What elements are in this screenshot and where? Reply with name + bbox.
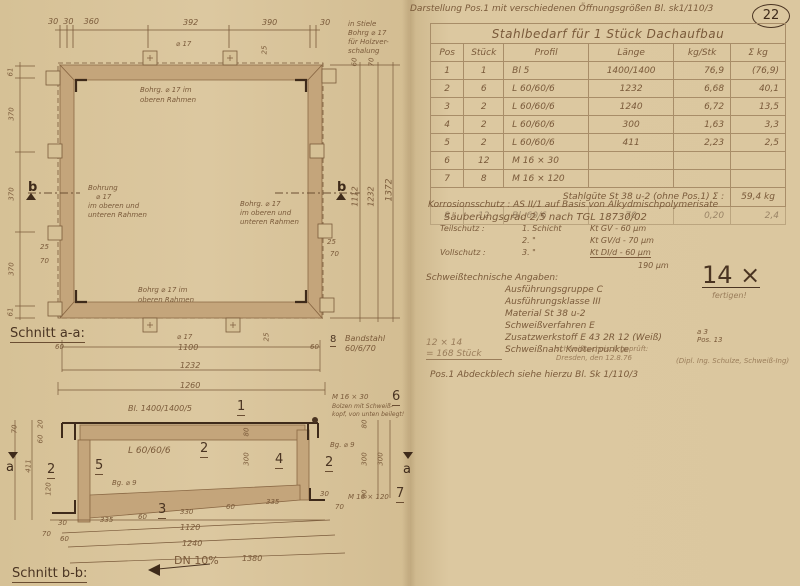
welding-title: Schweißtechnische Angaben: [426, 273, 558, 283]
pos-label-2-right: 2 [325, 455, 333, 472]
cell-count: 2 [464, 98, 504, 116]
sec-dim-30-left: 30 [58, 519, 67, 527]
cell-count: 2 [464, 134, 504, 152]
cell-kg: 6,72 [674, 98, 731, 116]
cell-total: 2,4 [731, 207, 786, 225]
cell-total [731, 170, 786, 188]
cell-pos: 1 [431, 62, 464, 80]
sec-overall-70: 70 [42, 530, 51, 538]
section-marker-b-right: b [337, 180, 346, 195]
sec-left-dim-20: 20 [36, 420, 44, 429]
layer-2-spec: Kt GV/d - 70 µm [590, 236, 654, 245]
table-row: 3 2 L 60/60/6 1240 6,72 13,5 [431, 98, 786, 116]
slope-label: DN 10% [174, 554, 219, 567]
cell-pos: 5 [431, 134, 464, 152]
plate-label: Bl. 1400/1400/5 [128, 404, 192, 413]
layer-2-label: 2. " [522, 236, 536, 245]
cell-count: 6 [464, 80, 504, 98]
corner-note: in Stiele Bohrg ⌀ 17 für Holzver- schalu… [348, 20, 389, 56]
quantity-note: fertigen! [712, 291, 747, 300]
right-dim-70: 70 [367, 58, 375, 67]
col-length: Länge [589, 44, 674, 62]
plan-top-hole-offset: 25 [260, 46, 268, 55]
right-vdim-1372: 1372 [384, 179, 394, 202]
header-note: Darstellung Pos.1 mit verschiedenen Öffn… [410, 4, 713, 14]
cell-profile: L 60/60/6 [504, 134, 589, 152]
cell-pos: 4 [431, 116, 464, 134]
cell-kg [674, 152, 731, 170]
section-view-title: Schnitt b-b: [12, 566, 87, 583]
plan-top-dims: 30 30 360 [48, 17, 99, 26]
cell-kg: 6,68 [674, 80, 731, 98]
small-dim-70: 70 [40, 257, 49, 265]
right-vdim-1232: 1232 [367, 186, 376, 206]
bottom-hole-offset: 25 [262, 333, 270, 342]
col-count: Stück [464, 44, 504, 62]
approval-note: schweißtechnisch geprüft: Dresden, den 1… [556, 345, 648, 363]
table-row: 6 12 M 16 × 30 [431, 152, 786, 170]
sec-mid-dim-80: 80 [242, 428, 250, 437]
cell-length: 411 [589, 134, 674, 152]
col-total-kg: Σ kg [731, 44, 786, 62]
cell-profile: Bl 5 [504, 62, 589, 80]
layer-3-label: 3. " [522, 248, 536, 257]
bottom-hole-label: ⌀ 17 [177, 333, 192, 341]
corrosion-line-2: Säuberungsgrad 2,5 nach TGL 18730/02 [444, 212, 647, 223]
cell-count: 1 [464, 62, 504, 80]
sec-dim-335-right: 335 [266, 498, 279, 506]
quantity-calc-2: = 168 Stück [426, 349, 502, 360]
cell-length: 1232 [589, 80, 674, 98]
sec-left-dim-60: 60 [36, 435, 44, 444]
corrosion-total: 190 µm [638, 261, 669, 270]
section-marker-b-left: b [28, 180, 37, 195]
cell-total: 2,5 [731, 134, 786, 152]
bolt-top-note: Bolzen mit Schweiß- kopf, von unten beil… [332, 403, 404, 419]
hole-note-right: Bg. ⌀ 9 [330, 441, 355, 449]
note-bottom-inner: Bohrg ⌀ 17 im oberen Rahmen [138, 285, 194, 305]
pos-label-3: 3 [158, 502, 166, 519]
sec-dim-335-left: 335 [100, 516, 113, 524]
table-caption: Stahlbedarf für 1 Stück Dachaufbau [431, 24, 786, 44]
layer-3-spec: Kt DI/d - 60 µm [590, 248, 651, 258]
small-dim-25-right: 25 [327, 238, 336, 246]
section-marker-a-left: a [6, 460, 14, 475]
table-header-row: Pos Stück Profil Länge kg/Stk Σ kg [431, 44, 786, 62]
left-dim-61-bottom: 61 [6, 308, 14, 317]
left-dim-370-c: 370 [8, 262, 16, 275]
cell-total: 3,3 [731, 116, 786, 134]
full-protection-label: Vollschutz : [440, 248, 486, 257]
bottom-dim-60-right: 60 [310, 343, 319, 351]
sec-dim-60-a: 60 [138, 513, 147, 521]
plan-view-title: Schnitt a-a: [10, 326, 85, 343]
bolt-top-label: M 16 × 30 [332, 393, 368, 401]
overall-dim-1232: 1232 [180, 361, 200, 370]
steel-requirements-table: Stahlbedarf für 1 Stück Dachaufbau Pos S… [430, 23, 786, 225]
sec-dim-60-b: 60 [226, 503, 235, 511]
small-dim-70-right: 70 [330, 250, 339, 258]
cell-count: 8 [464, 170, 504, 188]
left-dim-370-a: 370 [8, 107, 16, 120]
cell-length [589, 170, 674, 188]
cell-kg: 1,63 [674, 116, 731, 134]
hole-note-left: Bg. ⌀ 9 [112, 479, 137, 487]
cell-profile: L 60/60/6 [504, 98, 589, 116]
footer-note: Pos.1 Abdeckblech siehe hierzu Bl. Sk 1/… [430, 370, 638, 380]
cell-total: 40,1 [731, 80, 786, 98]
plan-top-dim-392: 392 [183, 18, 198, 27]
sec-overall-1120: 1120 [180, 523, 200, 532]
cell-profile: L 60/60/6 [504, 80, 589, 98]
plan-top-dim-390: 390 [262, 18, 277, 27]
table-row: 2 6 L 60/60/6 1232 6,68 40,1 [431, 80, 786, 98]
cell-profile: M 16 × 30 [504, 152, 589, 170]
cell-length: 1400/1400 [589, 62, 674, 80]
quantity-count: 14 × [702, 263, 760, 288]
sec-dim-330: 330 [180, 508, 193, 516]
sec-right-dim-300: 300 [361, 452, 369, 465]
sec-right-dim-80-bottom: 80 [360, 490, 368, 499]
cell-count: 2 [464, 116, 504, 134]
left-dim-370-b: 370 [8, 187, 16, 200]
angle-label: L 60/60/6 [128, 446, 171, 456]
cell-total: 13,5 [731, 98, 786, 116]
cell-total: (76,9) [731, 62, 786, 80]
right-vdim-1112: 1112 [351, 186, 360, 206]
left-dim-61-top: 61 [6, 68, 14, 77]
sec-overall-60: 60 [60, 535, 69, 543]
cell-pos: 2 [431, 80, 464, 98]
sec-overall-1240: 1240 [182, 539, 202, 548]
sec-left-dim-70: 70 [10, 425, 18, 434]
pos-label-2-left: 2 [47, 462, 55, 479]
angle-pos: 2 [200, 441, 208, 458]
cell-pos: 6 [431, 152, 464, 170]
corrosion-line-1: Korrosionsschutz : AS II/1 auf Basis von… [428, 200, 718, 210]
partial-protection-label: Teilschutz : [440, 224, 485, 233]
bolt-bottom-pos: 7 [396, 486, 404, 503]
col-pos: Pos [431, 44, 464, 62]
sec-overall-1380: 1380 [242, 554, 262, 563]
sec-dim-70-right: 70 [335, 503, 344, 511]
note-top-inner: Bohrg. ⌀ 17 im oberen Rahmen [140, 85, 196, 105]
cell-total [731, 152, 786, 170]
col-profile: Profil [504, 44, 589, 62]
section-marker-a-right: a [403, 462, 411, 477]
right-dim-60: 60 [350, 58, 358, 67]
cell-profile: L 60/60/6 [504, 116, 589, 134]
bottom-dim-60-left: 60 [55, 343, 64, 351]
bottom-dim-1100: 1100 [178, 343, 198, 352]
cell-length: 1240 [589, 98, 674, 116]
band-steel-pos: 8 [330, 334, 336, 347]
layer-1-label: 1. Schicht [522, 224, 562, 233]
cell-kg: 76,9 [674, 62, 731, 80]
cell-count: 12 [464, 152, 504, 170]
plan-top-dim-30: 30 [320, 18, 330, 27]
cell-pos: 3 [431, 98, 464, 116]
sec-left-dim-411: 411 [25, 459, 33, 472]
note-right-holes: Bohrg. ⌀ 17 im oberen und unteren Rahmen [240, 200, 299, 227]
band-steel-label: Bandstahl 60/6/70 [345, 334, 385, 354]
table-row: 7 8 M 16 × 120 [431, 170, 786, 188]
cell-kg: 2,23 [674, 134, 731, 152]
table-row: 4 2 L 60/60/6 300 1,63 3,3 [431, 116, 786, 134]
sec-right-dim-80-top: 80 [360, 420, 368, 429]
sum-value: 59,4 kg [731, 188, 786, 207]
small-dim-25: 25 [40, 243, 49, 251]
note-left-holes: Bohrung ⌀ 17 im oberen und unteren Rahme… [88, 184, 147, 220]
cell-length: 300 [589, 116, 674, 134]
weld-note: Pos. 13 [697, 336, 723, 344]
sec-mid-dim-300: 300 [243, 452, 251, 465]
cell-length [589, 152, 674, 170]
sec-left-dim-120: 120 [45, 482, 53, 495]
pos-label-4: 4 [275, 452, 283, 469]
sec-dim-30-right: 30 [320, 490, 329, 498]
signature: (Dipl. Ing. Schulze, Schweiß-Ing) [676, 357, 789, 365]
quantity-calc-1: 12 × 14 [426, 338, 462, 348]
pos-label-5: 5 [95, 458, 103, 475]
plan-top-hole-label: ⌀ 17 [176, 40, 191, 48]
sec-right-dim-300-b: 300 [377, 452, 385, 465]
table-row: 5 2 L 60/60/6 411 2,23 2,5 [431, 134, 786, 152]
cell-pos: 7 [431, 170, 464, 188]
cell-profile: M 16 × 120 [504, 170, 589, 188]
table-row: 1 1 Bl 5 1400/1400 76,9 (76,9) [431, 62, 786, 80]
col-kg-per-piece: kg/Stk [674, 44, 731, 62]
weld-symbol: a 3 [697, 328, 708, 336]
layer-1-spec: Kt GV - 60 µm [590, 224, 646, 233]
cell-kg [674, 170, 731, 188]
overall-dim-1260: 1260 [180, 381, 200, 390]
plate-pos: 1 [237, 399, 245, 416]
